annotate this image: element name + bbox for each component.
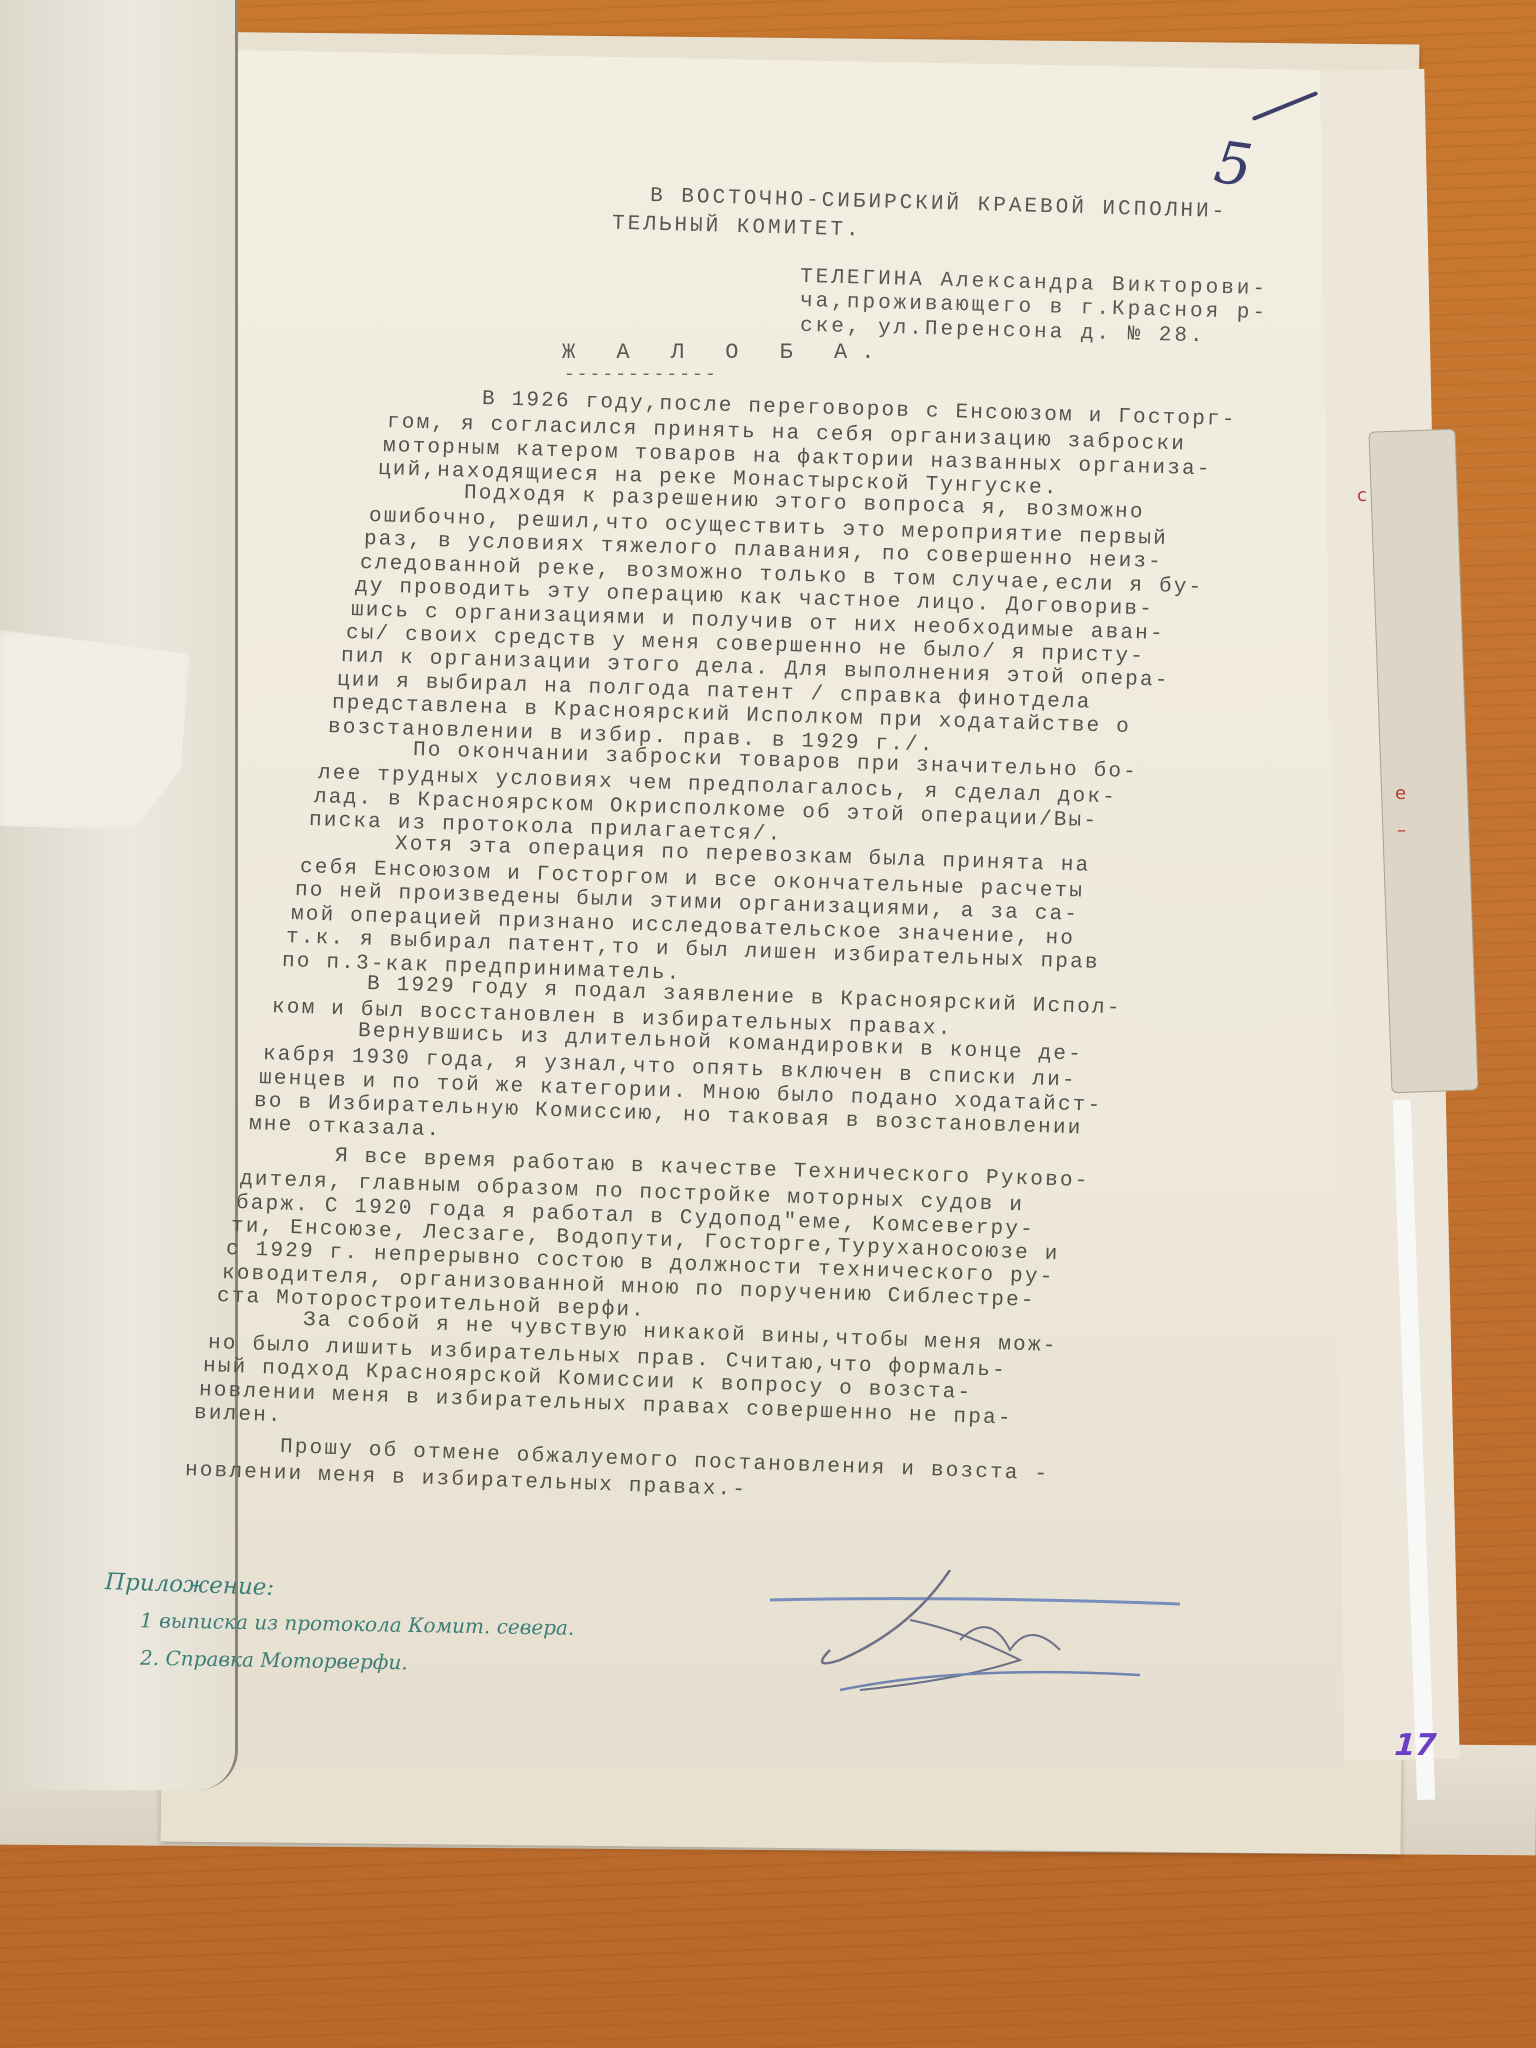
document-text: 5 В ВОСТОЧНО-СИБИРСКИЙ КРАЕВОЙ ИСПОЛНИ- … (0, 0, 1536, 2048)
body-line: мне отказала. (249, 1113, 442, 1142)
folio-number: 5 (1210, 128, 1256, 200)
title-underline: ------------ (564, 365, 718, 385)
signature (760, 1570, 1180, 1700)
body-line: вилен. (194, 1402, 284, 1428)
attachments-label: Приложение: (105, 1569, 275, 1601)
archive-stamp-mark: 17 (1391, 1728, 1439, 1758)
addressee-line-2: ТЕЛЬНЫЙ КОМИТЕТ. (612, 213, 862, 243)
document-title: Ж А Л О Б А. (562, 340, 888, 365)
attachment-item: 2. Справка Моторверфи. (140, 1646, 408, 1675)
attachment-item: 1 выписка из протокола Комит. севера. (140, 1608, 575, 1640)
folio-pen-stroke (1252, 91, 1318, 121)
